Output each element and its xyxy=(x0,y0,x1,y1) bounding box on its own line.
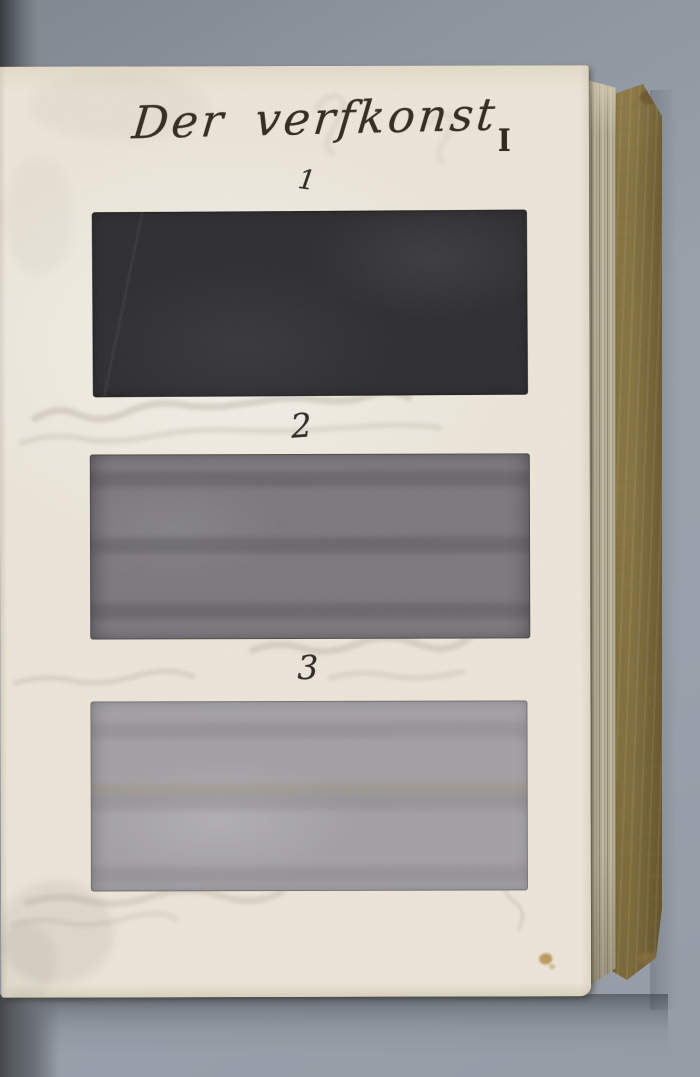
swatch-1-texture xyxy=(92,210,528,398)
cradle-strap-bottom xyxy=(0,995,60,1077)
swatch-2-texture xyxy=(90,453,530,639)
swatch-2-label: 2 xyxy=(289,405,313,445)
page-number: I xyxy=(498,123,511,159)
swatch-1-label: 1 xyxy=(296,164,317,197)
swatch-2-paint-sample xyxy=(90,453,530,639)
page-stain xyxy=(539,953,552,964)
cover-texture xyxy=(612,84,662,980)
swatch-1-paint-sample xyxy=(92,210,528,398)
manuscript-page: Der verfkonst I 1 2 3 xyxy=(0,65,591,998)
book-cover xyxy=(612,84,662,980)
page-title: Der verfkonst xyxy=(130,88,506,150)
page-stain-small xyxy=(549,964,555,969)
book-photo-scene: Der verfkonst I 1 2 3 xyxy=(0,0,700,1077)
swatch-3-paint-sample xyxy=(90,700,527,891)
swatch-3-texture xyxy=(90,700,527,891)
book-bottom-shadow xyxy=(0,994,668,1056)
cradle-strap-top xyxy=(0,0,50,67)
swatch-3-label: 3 xyxy=(297,648,318,687)
